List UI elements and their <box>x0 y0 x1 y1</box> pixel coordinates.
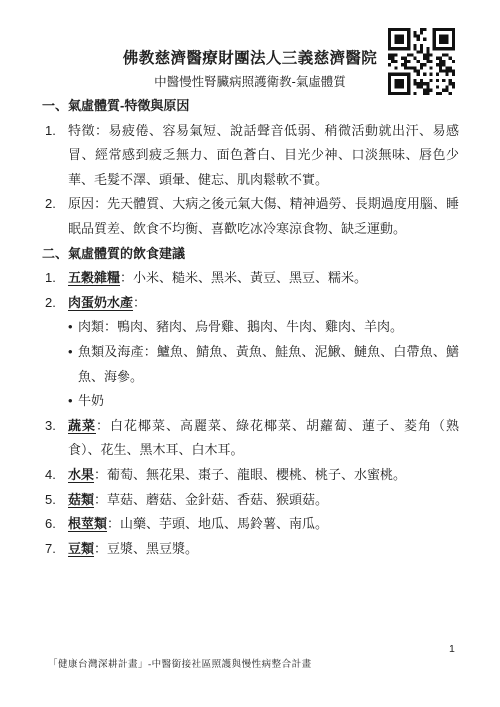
item-text: 原因：先天體質、大病之後元氣大傷、精神過勞、長期過度用腦、睡眠品質差、飲食不均衡… <box>68 196 459 236</box>
document-header: 佛教慈濟醫療財團法人三義慈濟醫院 中醫慢性腎臟病照護衛教-氣虛體質 <box>0 49 500 91</box>
list-item-causes: 2. 原因：先天體質、大病之後元氣大傷、精神過勞、長期過度用腦、睡眠品質差、飲食… <box>42 192 459 241</box>
item-text: ：葡萄、無花果、棗子、龍眼、櫻桃、桃子、水蜜桃。 <box>94 467 406 482</box>
item-number: 4. <box>45 463 56 488</box>
bullet-icon: • <box>68 389 73 414</box>
list-item-root-vegetables: 6.根莖類：山藥、芋頭、地瓜、馬鈴薯、南瓜。 <box>42 512 459 537</box>
bullet-icon: • <box>68 340 73 365</box>
item-text: 特徵：易疲倦、容易氣短、說話聲音低弱、稍微活動就出汗、易感冒、經常感到疲乏無力、… <box>68 123 459 187</box>
item-text: ：小米、糙米、黑米、黃豆、黑豆、糯米。 <box>120 270 367 285</box>
item-label: 菇類 <box>68 492 94 507</box>
bullet-item-meat: • 肉類：鴨肉、豬肉、烏骨雞、鵝肉、牛肉、雞肉、羊肉。 <box>42 315 459 340</box>
list-item-meat-egg-dairy-seafood: 2.肉蛋奶水產： <box>42 291 459 316</box>
bullet-text: 牛奶 <box>78 393 104 408</box>
list-item-mushrooms: 5.菇類：草菇、蘑菇、金針菇、香菇、猴頭菇。 <box>42 488 459 513</box>
item-number: 1. <box>45 119 56 144</box>
item-label: 五穀雜糧 <box>68 270 120 285</box>
item-text: ： <box>133 295 146 310</box>
item-text: ：山藥、芋頭、地瓜、馬鈴薯、南瓜。 <box>107 516 328 531</box>
item-text: ：豆漿、黑豆漿。 <box>94 541 198 556</box>
item-label: 豆類 <box>68 541 94 556</box>
list-item-fruits: 4.水果：葡萄、無花果、棗子、龍眼、櫻桃、桃子、水蜜桃。 <box>42 463 459 488</box>
item-label: 根莖類 <box>68 516 107 531</box>
list-item-grains: 1.五穀雜糧：小米、糙米、黑米、黃豆、黑豆、糯米。 <box>42 266 459 291</box>
hospital-title: 佛教慈濟醫療財團法人三義慈濟醫院 <box>0 49 500 69</box>
document-page: 佛教慈濟醫療財團法人三義慈濟醫院 中醫慢性腎臟病照護衛教-氣虛體質 一、氣虛體質… <box>0 0 500 707</box>
item-number: 3. <box>45 414 56 439</box>
bullet-text: 魚類及海產：鱸魚、鯖魚、黃魚、鮭魚、泥鰍、鰱魚、白帶魚、鱔魚、海參。 <box>78 344 459 384</box>
bullet-item-fish-seafood: • 魚類及海產：鱸魚、鯖魚、黃魚、鮭魚、泥鰍、鰱魚、白帶魚、鱔魚、海參。 <box>42 340 459 389</box>
item-number: 2. <box>45 192 56 217</box>
item-text: ：白花椰菜、高麗菜、綠花椰菜、胡蘿蔔、蓮子、菱角（熟食）、花生、黑木耳、白木耳。 <box>68 418 459 458</box>
list-item-beans: 7.豆類：豆漿、黑豆漿。 <box>42 537 459 562</box>
bullet-item-milk: • 牛奶 <box>42 389 459 414</box>
item-label: 水果 <box>68 467 94 482</box>
list-item-vegetables: 3.蔬菜：白花椰菜、高麗菜、綠花椰菜、胡蘿蔔、蓮子、菱角（熟食）、花生、黑木耳、… <box>42 414 459 463</box>
bullet-icon: • <box>68 315 73 340</box>
section-2-heading: 二、氣虛體質的飲食建議 <box>42 242 459 267</box>
item-text: ：草菇、蘑菇、金針菇、香菇、猴頭菇。 <box>94 492 328 507</box>
section-1-heading: 一、氣虛體質-特徵與原因 <box>42 94 459 119</box>
bullet-text: 肉類：鴨肉、豬肉、烏骨雞、鵝肉、牛肉、雞肉、羊肉。 <box>78 319 403 334</box>
list-item-characteristics: 1. 特徵：易疲倦、容易氣短、說話聲音低弱、稍微活動就出汗、易感冒、經常感到疲乏… <box>42 119 459 193</box>
item-number: 2. <box>45 291 56 316</box>
item-number: 6. <box>45 512 56 537</box>
item-label: 肉蛋奶水產 <box>68 295 133 310</box>
item-number: 5. <box>45 488 56 513</box>
item-number: 7. <box>45 537 56 562</box>
item-label: 蔬菜 <box>68 418 96 433</box>
item-number: 1. <box>45 266 56 291</box>
document-body: 一、氣虛體質-特徵與原因 1. 特徵：易疲倦、容易氣短、說話聲音低弱、稍微活動就… <box>42 94 459 561</box>
page-number: 1 <box>449 643 455 655</box>
document-subtitle: 中醫慢性腎臟病照護衛教-氣虛體質 <box>0 74 500 91</box>
footer-project-line: 「健康台灣深耕計畫」-中醫銜接社區照護與慢性病整合計畫 <box>48 656 312 670</box>
